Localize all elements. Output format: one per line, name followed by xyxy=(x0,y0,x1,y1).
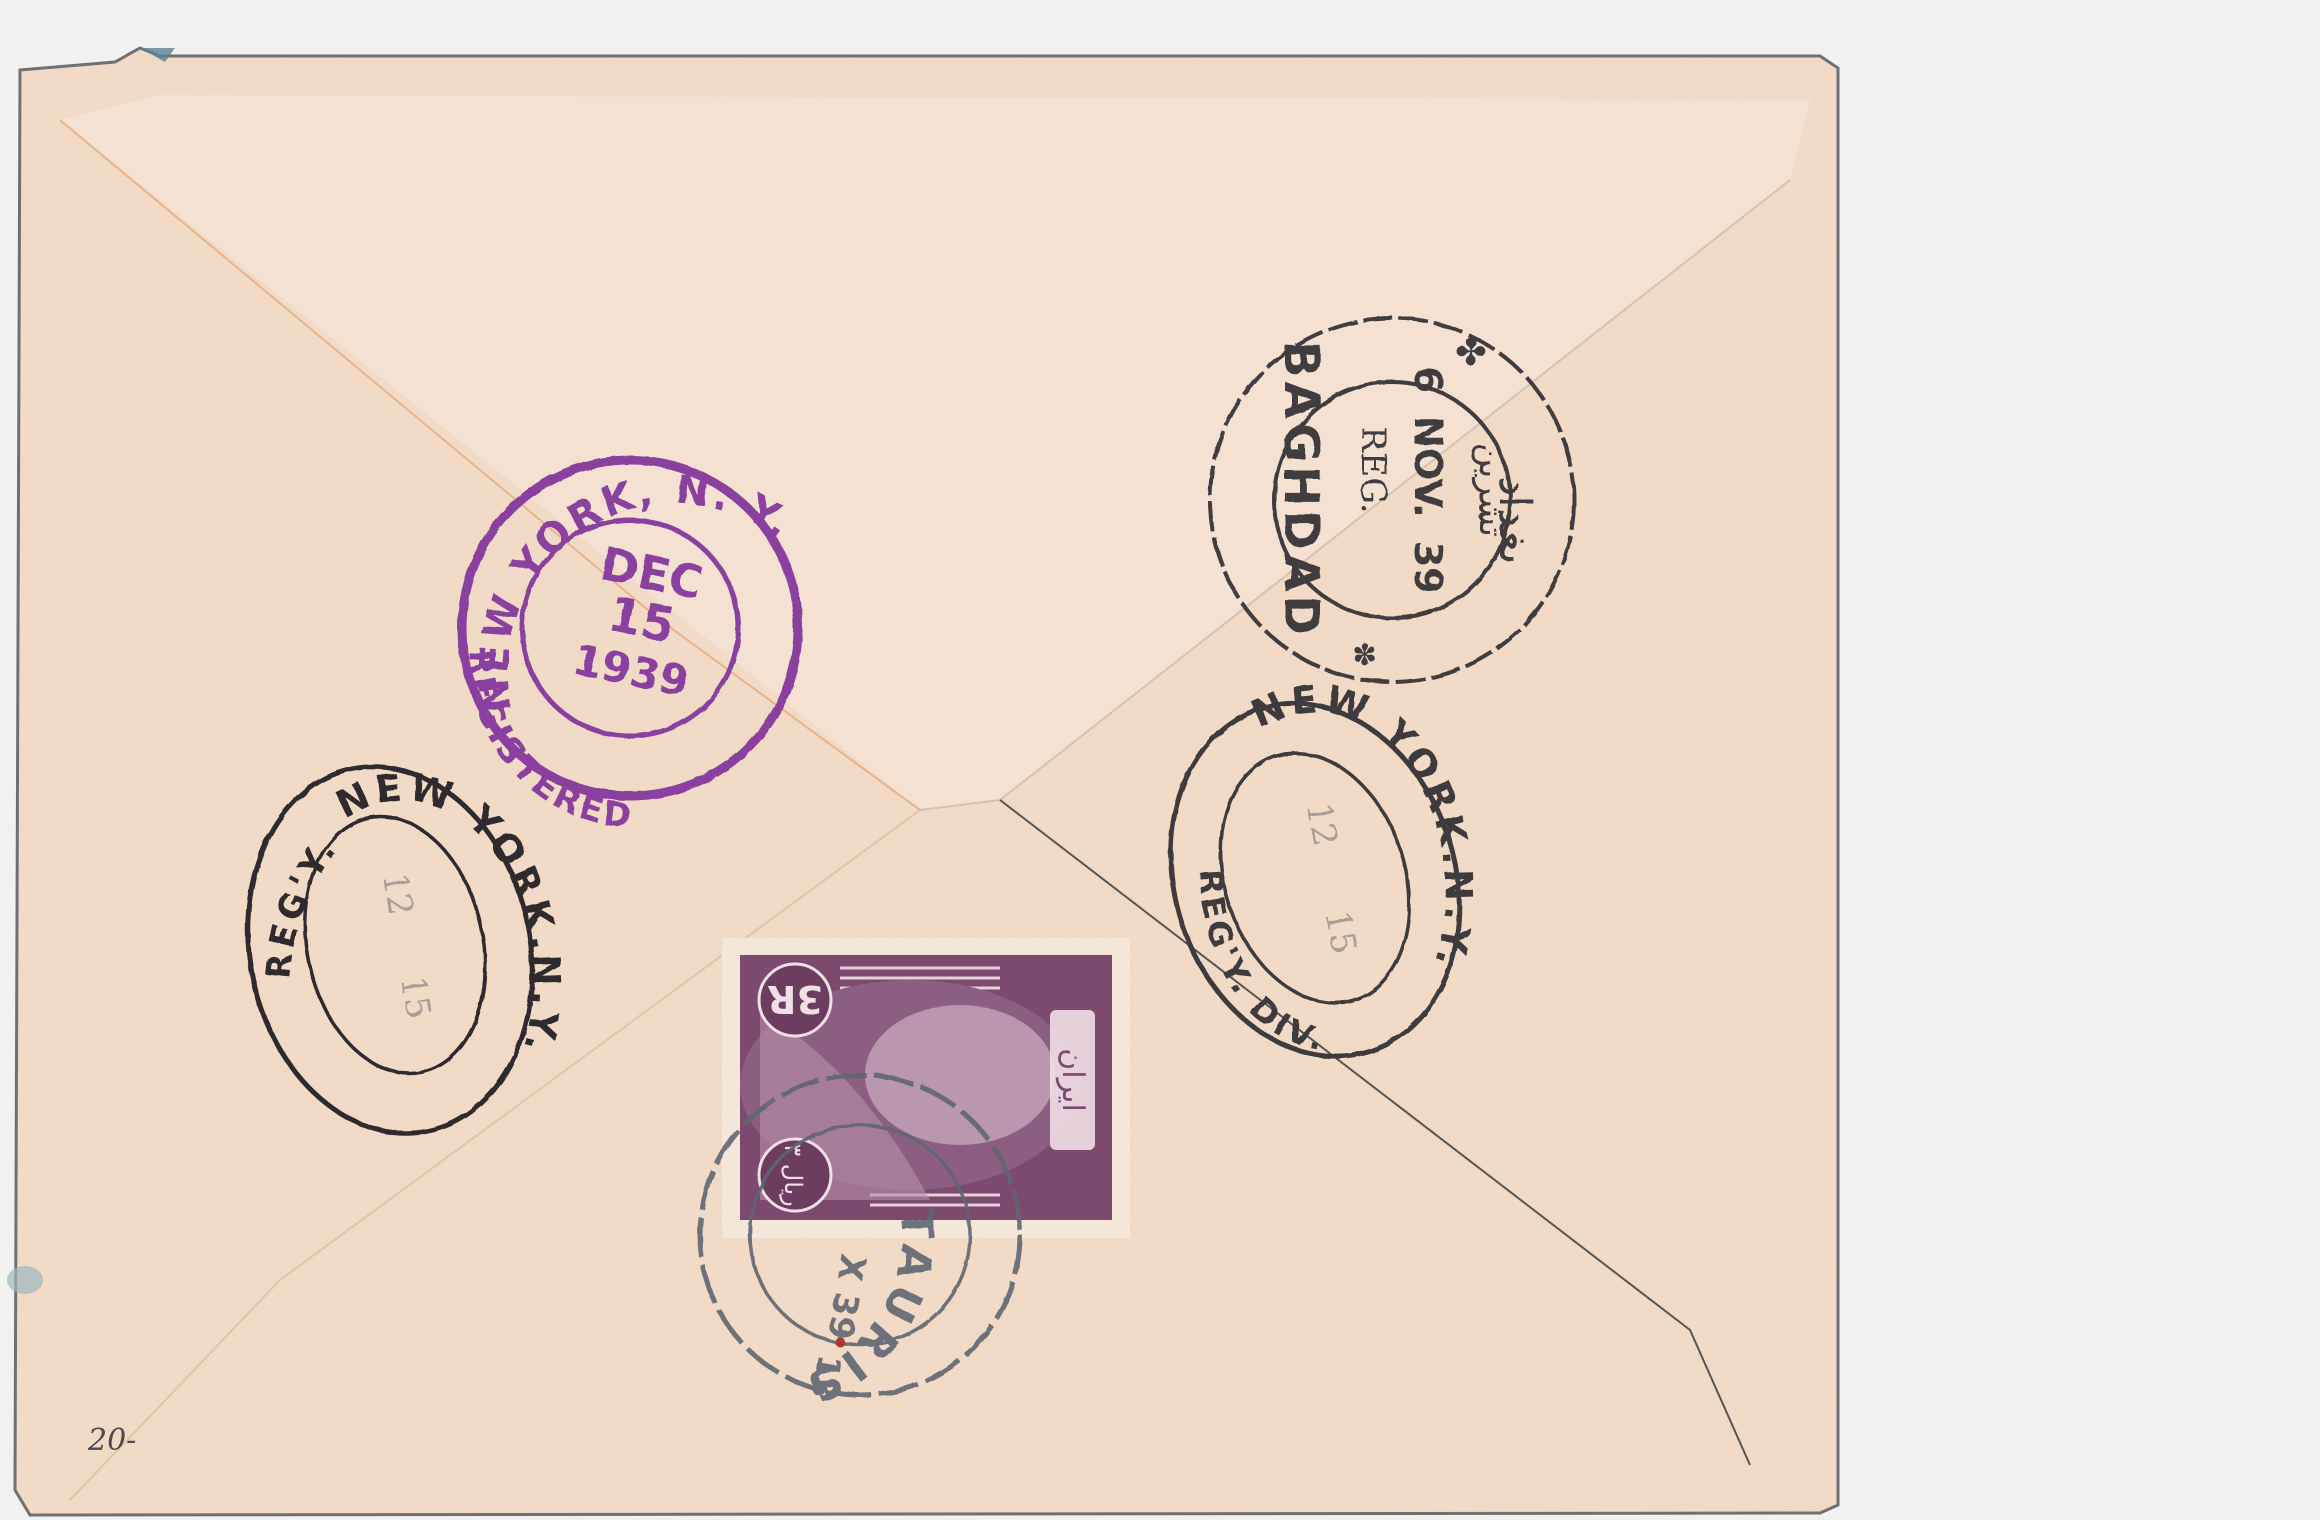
star-icon: ✽ xyxy=(1352,638,1377,673)
postmark-date: 6 NOV. 39 xyxy=(1406,366,1450,594)
envelope-scan: NEW YORK, N. Y. (G. P. O.) REGISTERED DE… xyxy=(0,0,2320,1520)
postmark-city: BAGHDAD xyxy=(1273,341,1329,639)
postmark-arabic-city: بغداد xyxy=(1489,476,1540,564)
crown-icon: ✤ xyxy=(1455,330,1487,374)
stamp-value-persian: ۳ ریال xyxy=(779,1143,807,1207)
postmark-inner-bottom: 15 xyxy=(1317,907,1364,957)
stamp-denomination: 3R xyxy=(767,977,823,1021)
postmark-inner-top: 12 xyxy=(1298,799,1345,849)
stamp-country: ایران xyxy=(1055,1048,1090,1112)
postmark-type: REG. xyxy=(1353,426,1393,513)
pencil-note: 20- xyxy=(87,1423,136,1458)
postmark-inner-bottom: 15 xyxy=(392,972,439,1022)
postmark-inner-top: 12 xyxy=(374,869,421,919)
red-ink-dot xyxy=(835,1337,845,1347)
postmark-partial: 13 xyxy=(803,1352,848,1402)
portrait-head xyxy=(865,1005,1055,1145)
